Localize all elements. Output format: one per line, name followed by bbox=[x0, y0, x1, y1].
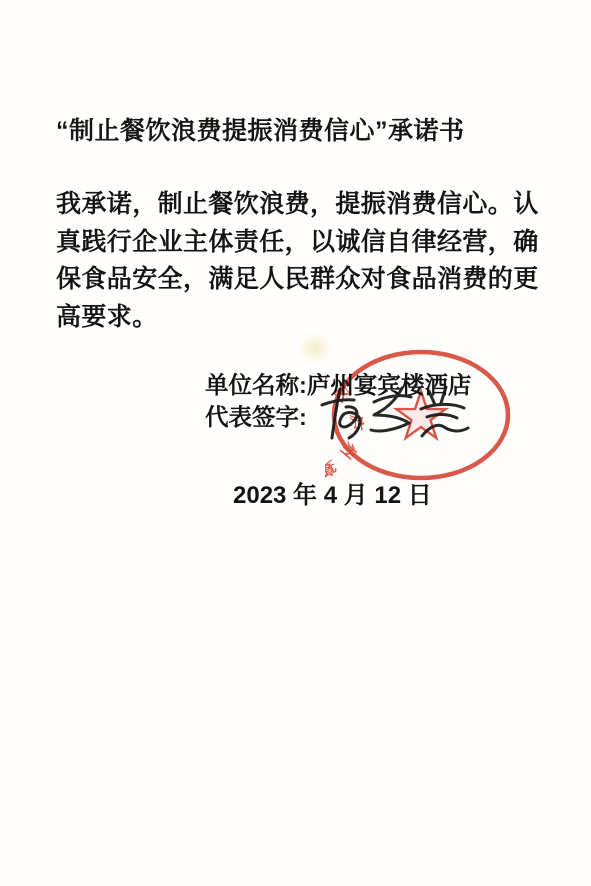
representative-signature-label: 代表签字: bbox=[205, 398, 307, 432]
body-line-2: 真践行企业主体责任，以诚信自律经营，确 bbox=[56, 224, 542, 262]
signature-stroke bbox=[421, 404, 464, 409]
signature-stroke bbox=[422, 425, 468, 436]
signature-stroke bbox=[340, 407, 360, 438]
body-line-4: 高要求。 bbox=[56, 299, 542, 337]
document-title: “制止餐饮浪费提振消费信心”承诺书 bbox=[56, 111, 465, 147]
signature-stroke bbox=[441, 387, 446, 403]
signature-stroke bbox=[429, 391, 435, 405]
date-line: 2023 年 4 月 12 日 bbox=[233, 475, 432, 510]
signature-stroke bbox=[332, 389, 340, 438]
signature-stroke bbox=[427, 414, 457, 418]
commitment-letter-page: “制止餐饮浪费提振消费信心”承诺书 我承诺，制止餐饮浪费，提振消费信心。认 真践… bbox=[0, 0, 591, 886]
handwritten-signature bbox=[316, 382, 472, 452]
body-line-3: 保食品安全，满足人民群众对食品消费的更 bbox=[56, 261, 542, 299]
body-paragraph: 我承诺，制止餐饮浪费，提振消费信心。认 真践行企业主体责任，以诚信自律经营，确 … bbox=[56, 186, 542, 336]
body-line-1: 我承诺，制止餐饮浪费，提振消费信心。认 bbox=[56, 186, 542, 224]
